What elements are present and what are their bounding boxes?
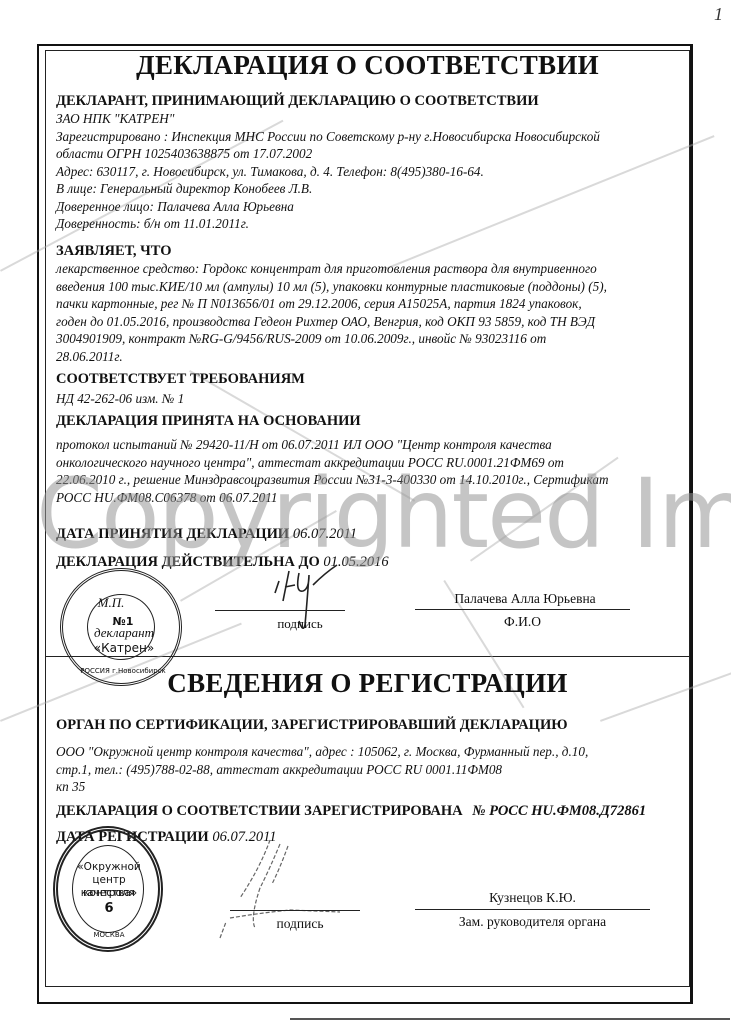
- registrar-signature-caption: подпись: [255, 916, 345, 932]
- declarant-line: области ОГРН 1025403638875 от 17.07.2002: [56, 145, 676, 163]
- stamp-line: качества»: [66, 887, 152, 900]
- stamp-company-name: «Катрен»: [93, 641, 155, 655]
- stamp-mp-label: М.П.: [91, 595, 131, 611]
- certification-body-header: ОРГАН ПО СЕРТИФИКАЦИИ, ЗАРЕГИСТРИРОВАВШИ…: [56, 716, 676, 734]
- declarant-header: ДЕКЛАРАНТ, ПРИНИМАЮЩИЙ ДЕКЛАРАЦИЮ О СООТ…: [56, 92, 676, 110]
- declares-line: годен до 01.05.2016, производства Гедеон…: [56, 313, 676, 331]
- basis-section: ДЕКЛАРАЦИЯ ПРИНЯТА НА ОСНОВАНИИ протокол…: [56, 412, 676, 506]
- declarant-section: ДЕКЛАРАНТ, ПРИНИМАЮЩИЙ ДЕКЛАРАЦИЮ О СООТ…: [56, 92, 676, 233]
- valid-until-row: ДЕКЛАРАЦИЯ ДЕЙСТВИТЕЛЬНА ДО 01.05.2016: [56, 553, 676, 571]
- certification-body-line: ООО "Окружной центр контроля качества", …: [56, 743, 676, 761]
- basis-line: РОСС HU.ФМ08.С06378 от 06.07.2011: [56, 489, 676, 507]
- scan-edge-line: [290, 1018, 730, 1020]
- basis-line: онкологического научного центра", аттест…: [56, 454, 676, 472]
- declares-line: введения 100 тыс.КИЕ/10 мл (ампулы) 10 м…: [56, 278, 676, 296]
- declares-line: 3004901909, контракт №RG-G/9456/RUS-2009…: [56, 330, 676, 348]
- name-line: [415, 609, 630, 610]
- registration-date-row: ДАТА РЕГИСТРАЦИИ 06.07.2011: [56, 828, 676, 846]
- okrug-quality-center-stamp: «Окружной центр контроля качества» 6 МОС…: [53, 826, 163, 952]
- declares-line: 28.06.2011г.: [56, 348, 676, 366]
- registrar-role: Зам. руководителя органа: [415, 914, 650, 930]
- basis-line: 22.06.2010 г., решение Минздравсоцразвит…: [56, 471, 676, 489]
- declarant-line: В лице: Генеральный директор Конобеев Л.…: [56, 180, 676, 198]
- basis-header: ДЕКЛАРАЦИЯ ПРИНЯТА НА ОСНОВАНИИ: [56, 412, 676, 430]
- certification-body-line: стр.1, тел.: (495)788-02-88, аттестат ак…: [56, 761, 676, 779]
- declarant-name: Палачева Алла Юрьевна: [415, 591, 635, 607]
- stamp-city: МОСКВА: [66, 931, 152, 939]
- complies-value: НД 42-262-06 изм. № 1: [56, 390, 676, 408]
- registered-row: ДЕКЛАРАЦИЯ О СООТВЕТСТВИИ ЗАРЕГИСТРИРОВА…: [56, 802, 676, 820]
- registered-number: № РОСС HU.ФМ08.Д72861: [472, 803, 646, 819]
- acceptance-date-row: ДАТА ПРИНЯТИЯ ДЕКЛАРАЦИИ 06.07.2011: [56, 525, 676, 543]
- stamp-line: «Окружной: [66, 861, 152, 874]
- registrar-name: Кузнецов К.Ю.: [415, 890, 650, 906]
- complies-section: СООТВЕТСТВУЕТ ТРЕБОВАНИЯМ НД 42-262-06 и…: [56, 370, 676, 408]
- registered-label: ДЕКЛАРАЦИЯ О СООТВЕТСТВИИ ЗАРЕГИСТРИРОВА…: [56, 803, 463, 819]
- registrar-name-line: [415, 909, 650, 910]
- declares-line: пачки картонные, рег № П N013656/01 от 2…: [56, 295, 676, 313]
- declares-line: лекарственное средство: Гордокс концентр…: [56, 260, 676, 278]
- declarant-line: Зарегистрировано : Инспекция МНС России …: [56, 128, 676, 146]
- declarant-line: Адрес: 630117, г. Новосибирск, ул. Тимак…: [56, 163, 676, 181]
- acceptance-date-label: ДАТА ПРИНЯТИЯ ДЕКЛАРАЦИИ: [56, 526, 289, 542]
- declarant-line: ЗАО НПК "КАТРЕН": [56, 110, 676, 128]
- registrar-signature-line: [230, 910, 360, 911]
- registration-body: ОРГАН ПО СЕРТИФИКАЦИИ, ЗАРЕГИСТРИРОВАВШИ…: [56, 716, 676, 796]
- declarant-line: Доверенность: б/н от 11.01.2011г.: [56, 215, 676, 233]
- document-title: ДЕКЛАРАЦИЯ О СООТВЕТСТВИИ: [45, 50, 690, 81]
- declares-section: ЗАЯВЛЯЕТ, ЧТО лекарственное средство: Го…: [56, 242, 676, 365]
- complies-header: СООТВЕТСТВУЕТ ТРЕБОВАНИЯМ: [56, 370, 676, 388]
- declarant-line: Доверенное лицо: Палачева Алла Юрьевна: [56, 198, 676, 216]
- certification-body-line: кп 35: [56, 778, 676, 796]
- registration-title: СВЕДЕНИЯ О РЕГИСТРАЦИИ: [45, 668, 690, 699]
- stamp-number: 6: [66, 901, 152, 916]
- declarant-signature: [265, 563, 345, 633]
- stamp-declarant-label: декларант: [89, 625, 159, 641]
- declares-header: ЗАЯВЛЯЕТ, ЧТО: [56, 242, 676, 260]
- basis-line: протокол испытаний № 29420-11/Н от 06.07…: [56, 436, 676, 454]
- name-caption: Ф.И.О: [415, 614, 630, 630]
- acceptance-date-value: 06.07.2011: [293, 526, 357, 542]
- page-number-mark: 1: [714, 4, 723, 25]
